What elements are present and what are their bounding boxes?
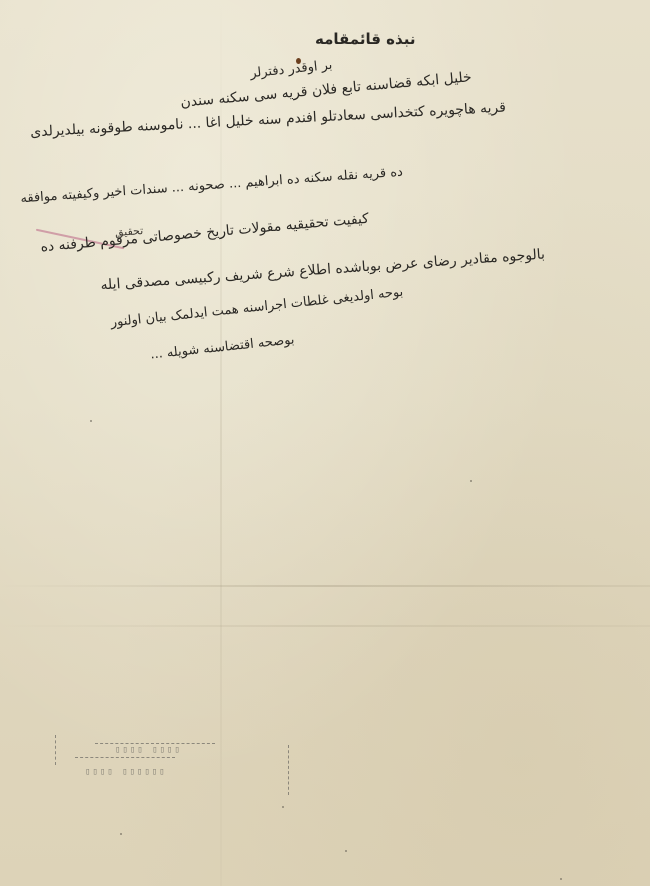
handwritten-line-5: کیفیت تحقیقیه مقولات تاریخ خصوصاتی مرقوم…: [40, 211, 370, 256]
stamp-text-1: ▯▯▯▯ ▯▯▯▯: [115, 745, 182, 755]
faded-stamp: ▯▯▯▯ ▯▯▯▯ ▯▯▯▯ ▯▯▯▯▯▯: [55, 735, 290, 797]
stamp-text-2: ▯▯▯▯ ▯▯▯▯▯▯: [85, 767, 167, 777]
handwritten-line-1: بر اوقدر دفترلر: [249, 58, 333, 82]
handwritten-line-8: بوصحه اقتضاسنه شویله ...: [150, 332, 296, 362]
stamp-rule-2: [75, 757, 175, 759]
document-heading: نبذه قائمقامه: [315, 30, 415, 48]
paper-speck: [282, 806, 284, 808]
handwritten-line-4: ده قریه نقله سکنه ده ابراهیم ... صحونه .…: [20, 165, 403, 207]
paper-fold-horizontal: [0, 585, 650, 587]
stamp-border-right: [288, 745, 290, 795]
handwritten-line-7: بوحه اولدیغی غلطات اجراسنه همت ایدلمک بی…: [110, 285, 404, 331]
paper-fold-horizontal-2: [0, 625, 650, 627]
paper-speck: [345, 850, 347, 852]
stamp-border-left: [55, 735, 57, 765]
paper-speck: [120, 833, 122, 835]
paper-speck: [90, 420, 92, 422]
paper-speck: [560, 878, 562, 880]
document-page: نبذه قائمقامه بر اوقدر دفترلر خلیل ابکه …: [0, 0, 650, 886]
handwritten-line-6: بالوجوه مقادیر رضای عرض بوباشده اطلاع شر…: [100, 246, 545, 293]
handwritten-line-3: قریه هاچویره کتخداسی سعادتلو افندم سنه خ…: [30, 100, 506, 141]
paper-speck: [470, 480, 472, 482]
